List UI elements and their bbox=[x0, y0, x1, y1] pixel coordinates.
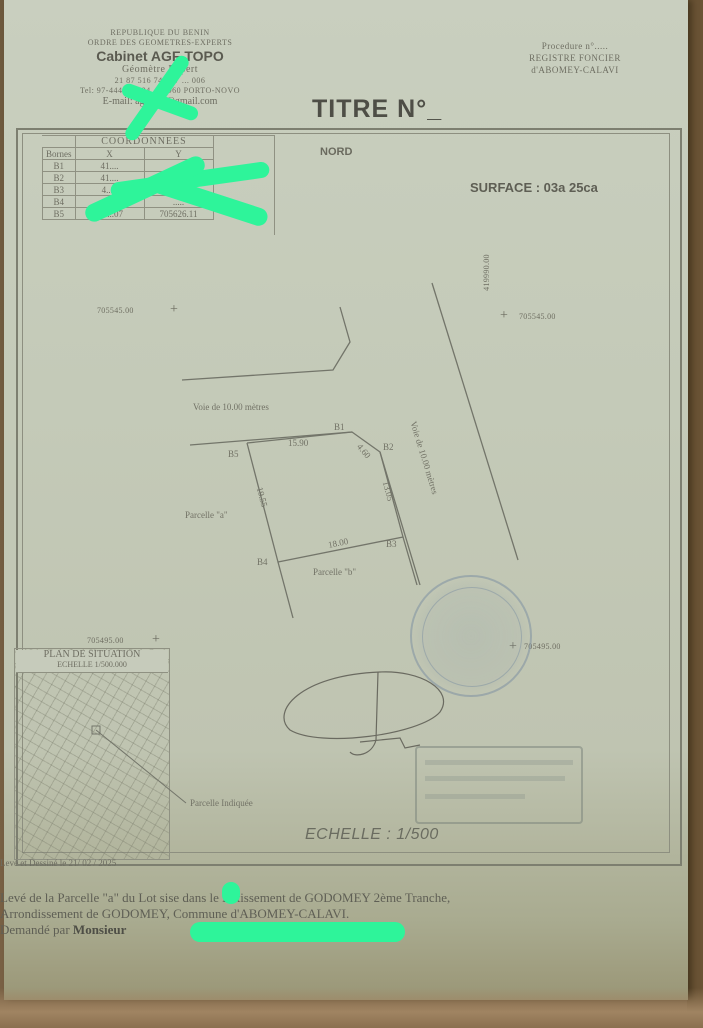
official-rect-stamp bbox=[415, 746, 583, 824]
drawn-date: Levé et Dessiné le 21/ 02 / 2025 bbox=[0, 858, 116, 868]
requester-title: Monsieur bbox=[73, 922, 126, 937]
description-line-1: Levé de la Parcelle "a" du Lot sise dans… bbox=[0, 890, 690, 906]
redaction-mark bbox=[190, 922, 405, 942]
requested-by-label: Demandé par bbox=[0, 922, 73, 937]
scale-label: ECHELLE : 1/500 bbox=[305, 826, 439, 844]
situation-pointer-label: Parcelle Indiquée bbox=[190, 798, 253, 808]
situation-pointer bbox=[0, 0, 703, 1028]
description-line-2: Arrondissement de GODOMEY, Commune d'ABO… bbox=[0, 906, 690, 922]
official-round-stamp bbox=[410, 575, 532, 697]
redaction-mark bbox=[222, 882, 240, 904]
